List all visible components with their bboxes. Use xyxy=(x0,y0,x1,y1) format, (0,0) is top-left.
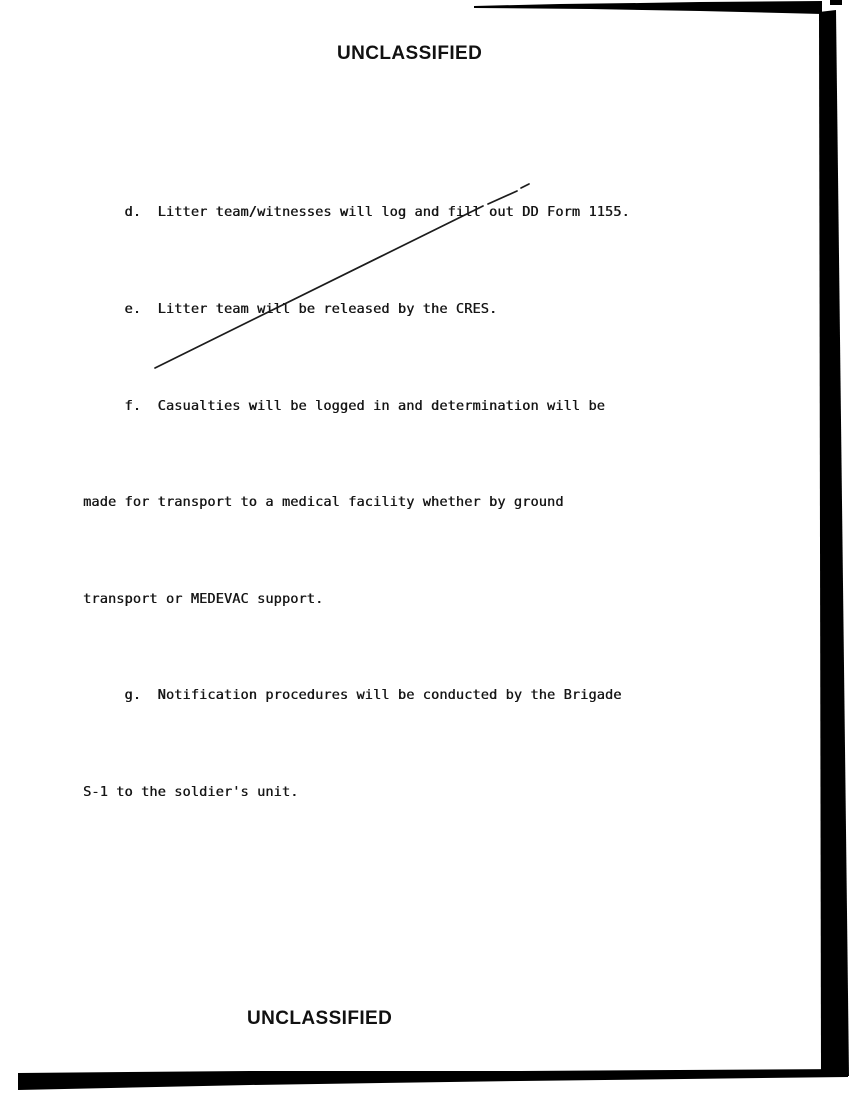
text-line: f. Casualties will be logged in and dete… xyxy=(83,390,630,422)
classification-header-top: UNCLASSIFIED xyxy=(337,44,482,63)
scan-edge-top-corner-stub xyxy=(830,0,842,5)
text-line: d. Litter team/witnesses will log and fi… xyxy=(83,196,630,228)
text-line: e. Litter team will be released by the C… xyxy=(83,293,630,325)
text-line: S-1 to the soldier's unit. xyxy=(83,776,630,808)
scan-edge-top xyxy=(474,1,822,14)
text-line: g. Notification procedures will be condu… xyxy=(83,679,630,711)
scanned-document-page: UNCLASSIFIED d. Litter team/witnesses wi… xyxy=(0,0,850,1094)
text-line: made for transport to a medical facility… xyxy=(83,486,630,518)
document-body: d. Litter team/witnesses will log and fi… xyxy=(83,132,630,873)
classification-footer-bottom: UNCLASSIFIED xyxy=(247,1009,392,1028)
scan-edge-right xyxy=(819,10,849,1076)
text-line: transport or MEDEVAC support. xyxy=(83,583,630,615)
scan-edge-bottom xyxy=(18,1069,848,1090)
